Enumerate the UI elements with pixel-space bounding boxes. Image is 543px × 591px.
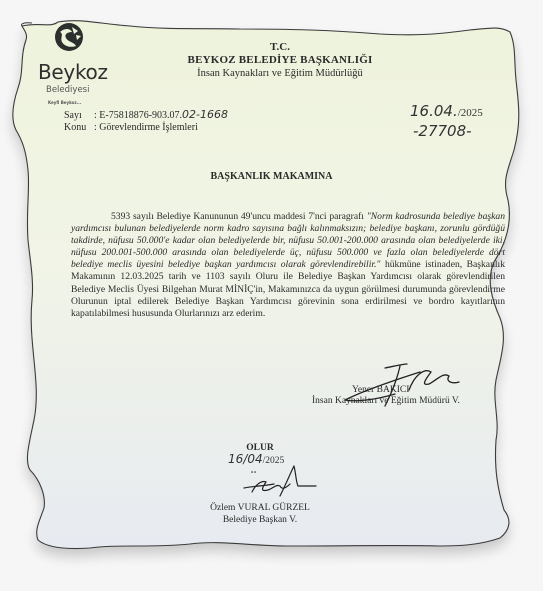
reference-handwritten: 02-1668 — [182, 108, 228, 121]
signature-mayor — [240, 462, 320, 504]
logo-name: Beykoz — [38, 60, 108, 84]
header-organization: BEYKOZ BELEDİYE BAŞKANLIĞI — [150, 54, 410, 66]
reference-label: Sayı — [64, 110, 94, 121]
logo-subtitle: Belediyesi — [46, 85, 89, 95]
approver-name: Özlem VURAL GÜRZEL — [160, 503, 360, 513]
signatory-title: İnsan Kaynakları ve Eğitim Müdürü V. — [312, 396, 460, 406]
letter-body: 5393 sayılı Belediye Kanununun 49'uncu m… — [71, 211, 505, 320]
header-tc: T.C. — [150, 41, 410, 53]
logo-slogan: Keyfi Beykoz... — [48, 100, 81, 105]
signatory-name: Yener BAKICI — [352, 385, 409, 395]
beykoz-logo-icon — [54, 22, 84, 52]
addressee: BAŞKANLIK MAKAMINA — [0, 171, 543, 182]
body-intro: 5393 sayılı Belediye Kanununun 49'uncu m… — [111, 211, 367, 222]
approver-title: Belediye Başkan V. — [160, 515, 360, 525]
subject-value: : Görevlendirme İşlemleri — [94, 122, 198, 133]
registry-number: -27708- — [413, 122, 472, 140]
reference-value: : E-75818876-903.07. — [94, 110, 182, 121]
date-year: /2025 — [458, 107, 483, 119]
subject-row: Konu: Görevlendirme İşlemleri — [64, 122, 198, 133]
header-department: İnsan Kaynakları ve Eğitim Müdürlüğü — [150, 68, 410, 79]
document-date: 16.04./2025 — [410, 102, 483, 120]
reference-number-row: Sayı: E-75818876-903.07.02-1668 — [64, 108, 228, 121]
date-handwritten: 16.04. — [410, 102, 458, 120]
subject-label: Konu — [64, 122, 94, 133]
